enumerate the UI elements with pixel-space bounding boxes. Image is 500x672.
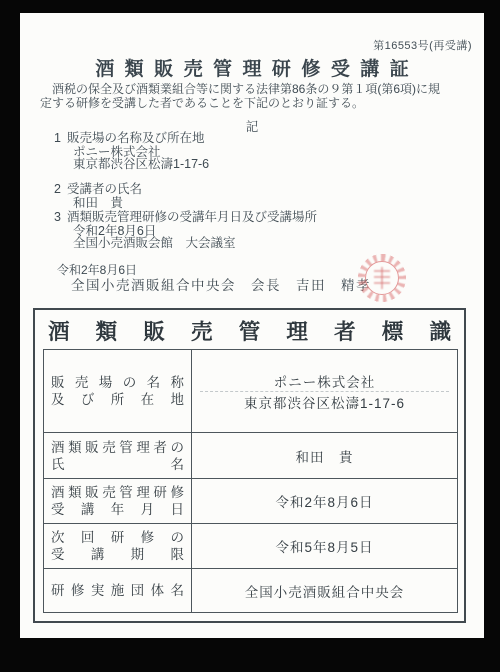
- item-sales-place: 1販売場の名称及び所在地 ポニー株式会社 東京都渋谷区松濤1-17-6: [54, 132, 209, 171]
- item-label: 受講者の氏名: [67, 182, 142, 196]
- item-number: 2: [54, 183, 61, 197]
- table-row: 酒類販売管理研修 受講年月日 令和2年8月6日: [44, 479, 458, 524]
- item-value-line: 東京都渋谷区松濤1-17-6: [73, 158, 209, 171]
- row-value-cell: 和田 貴: [192, 433, 458, 479]
- row-label-cell: 酒類販売管理研修 受講年月日: [44, 479, 192, 524]
- item-attendee-name: 2受講者の氏名 和田 貴: [54, 183, 142, 209]
- official-seal-icon: [354, 250, 410, 306]
- row-value-cell: 全国小売酒販組合中央会: [192, 569, 458, 613]
- row-label-cell: 販売場の名称 及び所在地: [44, 350, 192, 433]
- row-label-cell: 研修実施団体名: [44, 569, 192, 613]
- certificate-document: 第16553号(再受講) 酒類販売管理研修受講証 酒税の保全及び酒類業組合等に関…: [20, 13, 484, 638]
- item-label: 酒類販売管理研修の受講年月日及び受講場所: [67, 210, 317, 224]
- scan-background: 第16553号(再受講) 酒類販売管理研修受講証 酒税の保全及び酒類業組合等に関…: [0, 0, 500, 672]
- item-value-line: 和田 貴: [73, 197, 142, 210]
- sign-board-table: 販売場の名称 及び所在地 ポニー株式会社 東京都渋谷区松濤1-17-6 酒類販売…: [43, 349, 458, 613]
- row-value-line: 東京都渋谷区松濤1-17-6: [192, 392, 457, 412]
- table-row: 酒類販売管理者の 氏名 和田 貴: [44, 433, 458, 479]
- item-training-date-place: 3酒類販売管理研修の受講年月日及び受講場所 令和2年8月6日 全国小売酒販会館 …: [54, 211, 317, 250]
- row-value-line: ポニー株式会社: [192, 371, 457, 391]
- sign-board-title: 酒類販売管理者標識: [35, 310, 464, 349]
- row-label-cell: 次回研修の 受講期限: [44, 524, 192, 569]
- item-label: 販売場の名称及び所在地: [67, 131, 205, 145]
- row-value-cell: ポニー株式会社 東京都渋谷区松濤1-17-6: [192, 350, 458, 433]
- row-label-cell: 酒類販売管理者の 氏名: [44, 433, 192, 479]
- certificate-body-line2: 定する研修を受講した者であることを下記のとおり証する。: [40, 97, 474, 111]
- certificate-title: 酒類販売管理研修受講証: [20, 54, 484, 81]
- certificate-number: 第16553号(再受講): [373, 37, 472, 53]
- table-row: 販売場の名称 及び所在地 ポニー株式会社 東京都渋谷区松濤1-17-6: [44, 350, 458, 433]
- row-value-cell: 令和2年8月6日: [192, 479, 458, 524]
- table-row: 次回研修の 受講期限 令和5年8月5日: [44, 524, 458, 569]
- manager-sign-board: 酒類販売管理者標識 販売場の名称 及び所在地 ポニー株式会社 東京都渋谷区松濤1…: [33, 308, 466, 623]
- table-row: 研修実施団体名 全国小売酒販組合中央会: [44, 569, 458, 613]
- certificate-body-line1: 酒税の保全及び酒類業組合等に関する法律第86条の９第１項(第6項)に規: [40, 83, 474, 97]
- item-number: 3: [54, 211, 61, 225]
- item-number: 1: [54, 132, 61, 146]
- certificate-body: 酒税の保全及び酒類業組合等に関する法律第86条の９第１項(第6項)に規 定する研…: [40, 83, 474, 110]
- issuer-signature: 全国小売酒販組合中央会 会長 吉田 精孝: [71, 274, 371, 294]
- item-value-line: 全国小売酒販会館 大会議室: [73, 237, 317, 250]
- row-value-cell: 令和5年8月5日: [192, 524, 458, 569]
